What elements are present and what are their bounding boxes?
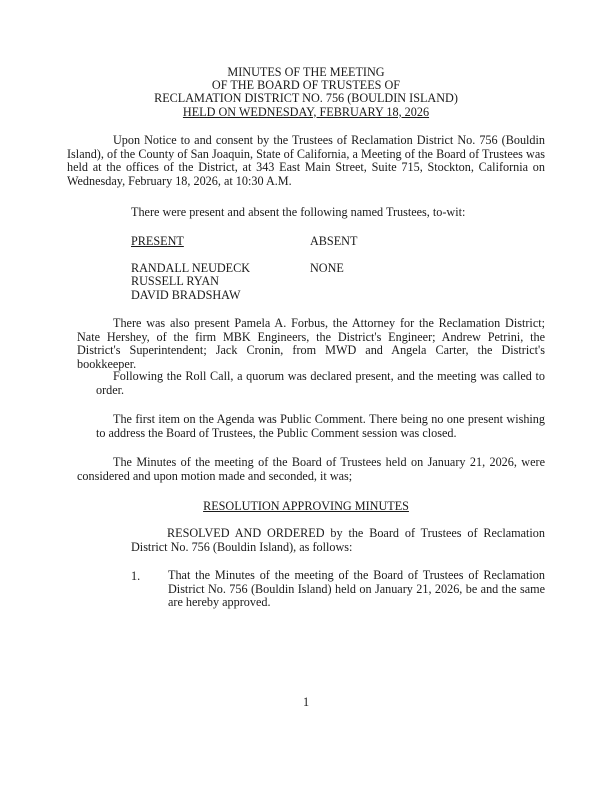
absent-list: NONE: [310, 262, 344, 275]
document-page: MINUTES OF THE MEETING OF THE BOARD OF T…: [0, 0, 612, 792]
public-comment-paragraph: The first item on the Agenda was Public …: [96, 413, 545, 440]
heading-line-3: RECLAMATION DISTRICT NO. 756 (BOULDIN IS…: [0, 92, 612, 105]
present-list: RANDALL NEUDECK RUSSELL RYAN DAVID BRADS…: [131, 262, 250, 302]
present-trustee: RANDALL NEUDECK: [131, 262, 250, 275]
absent-trustee: NONE: [310, 262, 344, 275]
resolution-item-text: That the Minutes of the meeting of the B…: [168, 569, 545, 610]
minutes-paragraph: The Minutes of the meeting of the Board …: [77, 456, 545, 483]
present-intro-paragraph: There were present and absent the follow…: [131, 206, 465, 220]
absent-header: ABSENT: [310, 234, 357, 249]
roll-call-paragraph: Following the Roll Call, a quorum was de…: [96, 370, 545, 397]
page-number: 1: [0, 695, 612, 710]
notice-paragraph: Upon Notice to and consent by the Truste…: [67, 134, 545, 188]
present-header: PRESENT: [131, 234, 184, 249]
resolution-item-number: 1.: [131, 569, 140, 584]
document-heading: MINUTES OF THE MEETING OF THE BOARD OF T…: [0, 66, 612, 119]
present-trustee: DAVID BRADSHAW: [131, 289, 250, 302]
resolved-paragraph: RESOLVED AND ORDERED by the Board of Tru…: [131, 527, 545, 554]
also-present-paragraph: There was also present Pamela A. Forbus,…: [77, 317, 545, 371]
present-trustee: RUSSELL RYAN: [131, 275, 250, 288]
resolution-title: RESOLUTION APPROVING MINUTES: [0, 499, 612, 514]
heading-line-4: HELD ON WEDNESDAY, FEBRUARY 18, 2026: [0, 106, 612, 119]
